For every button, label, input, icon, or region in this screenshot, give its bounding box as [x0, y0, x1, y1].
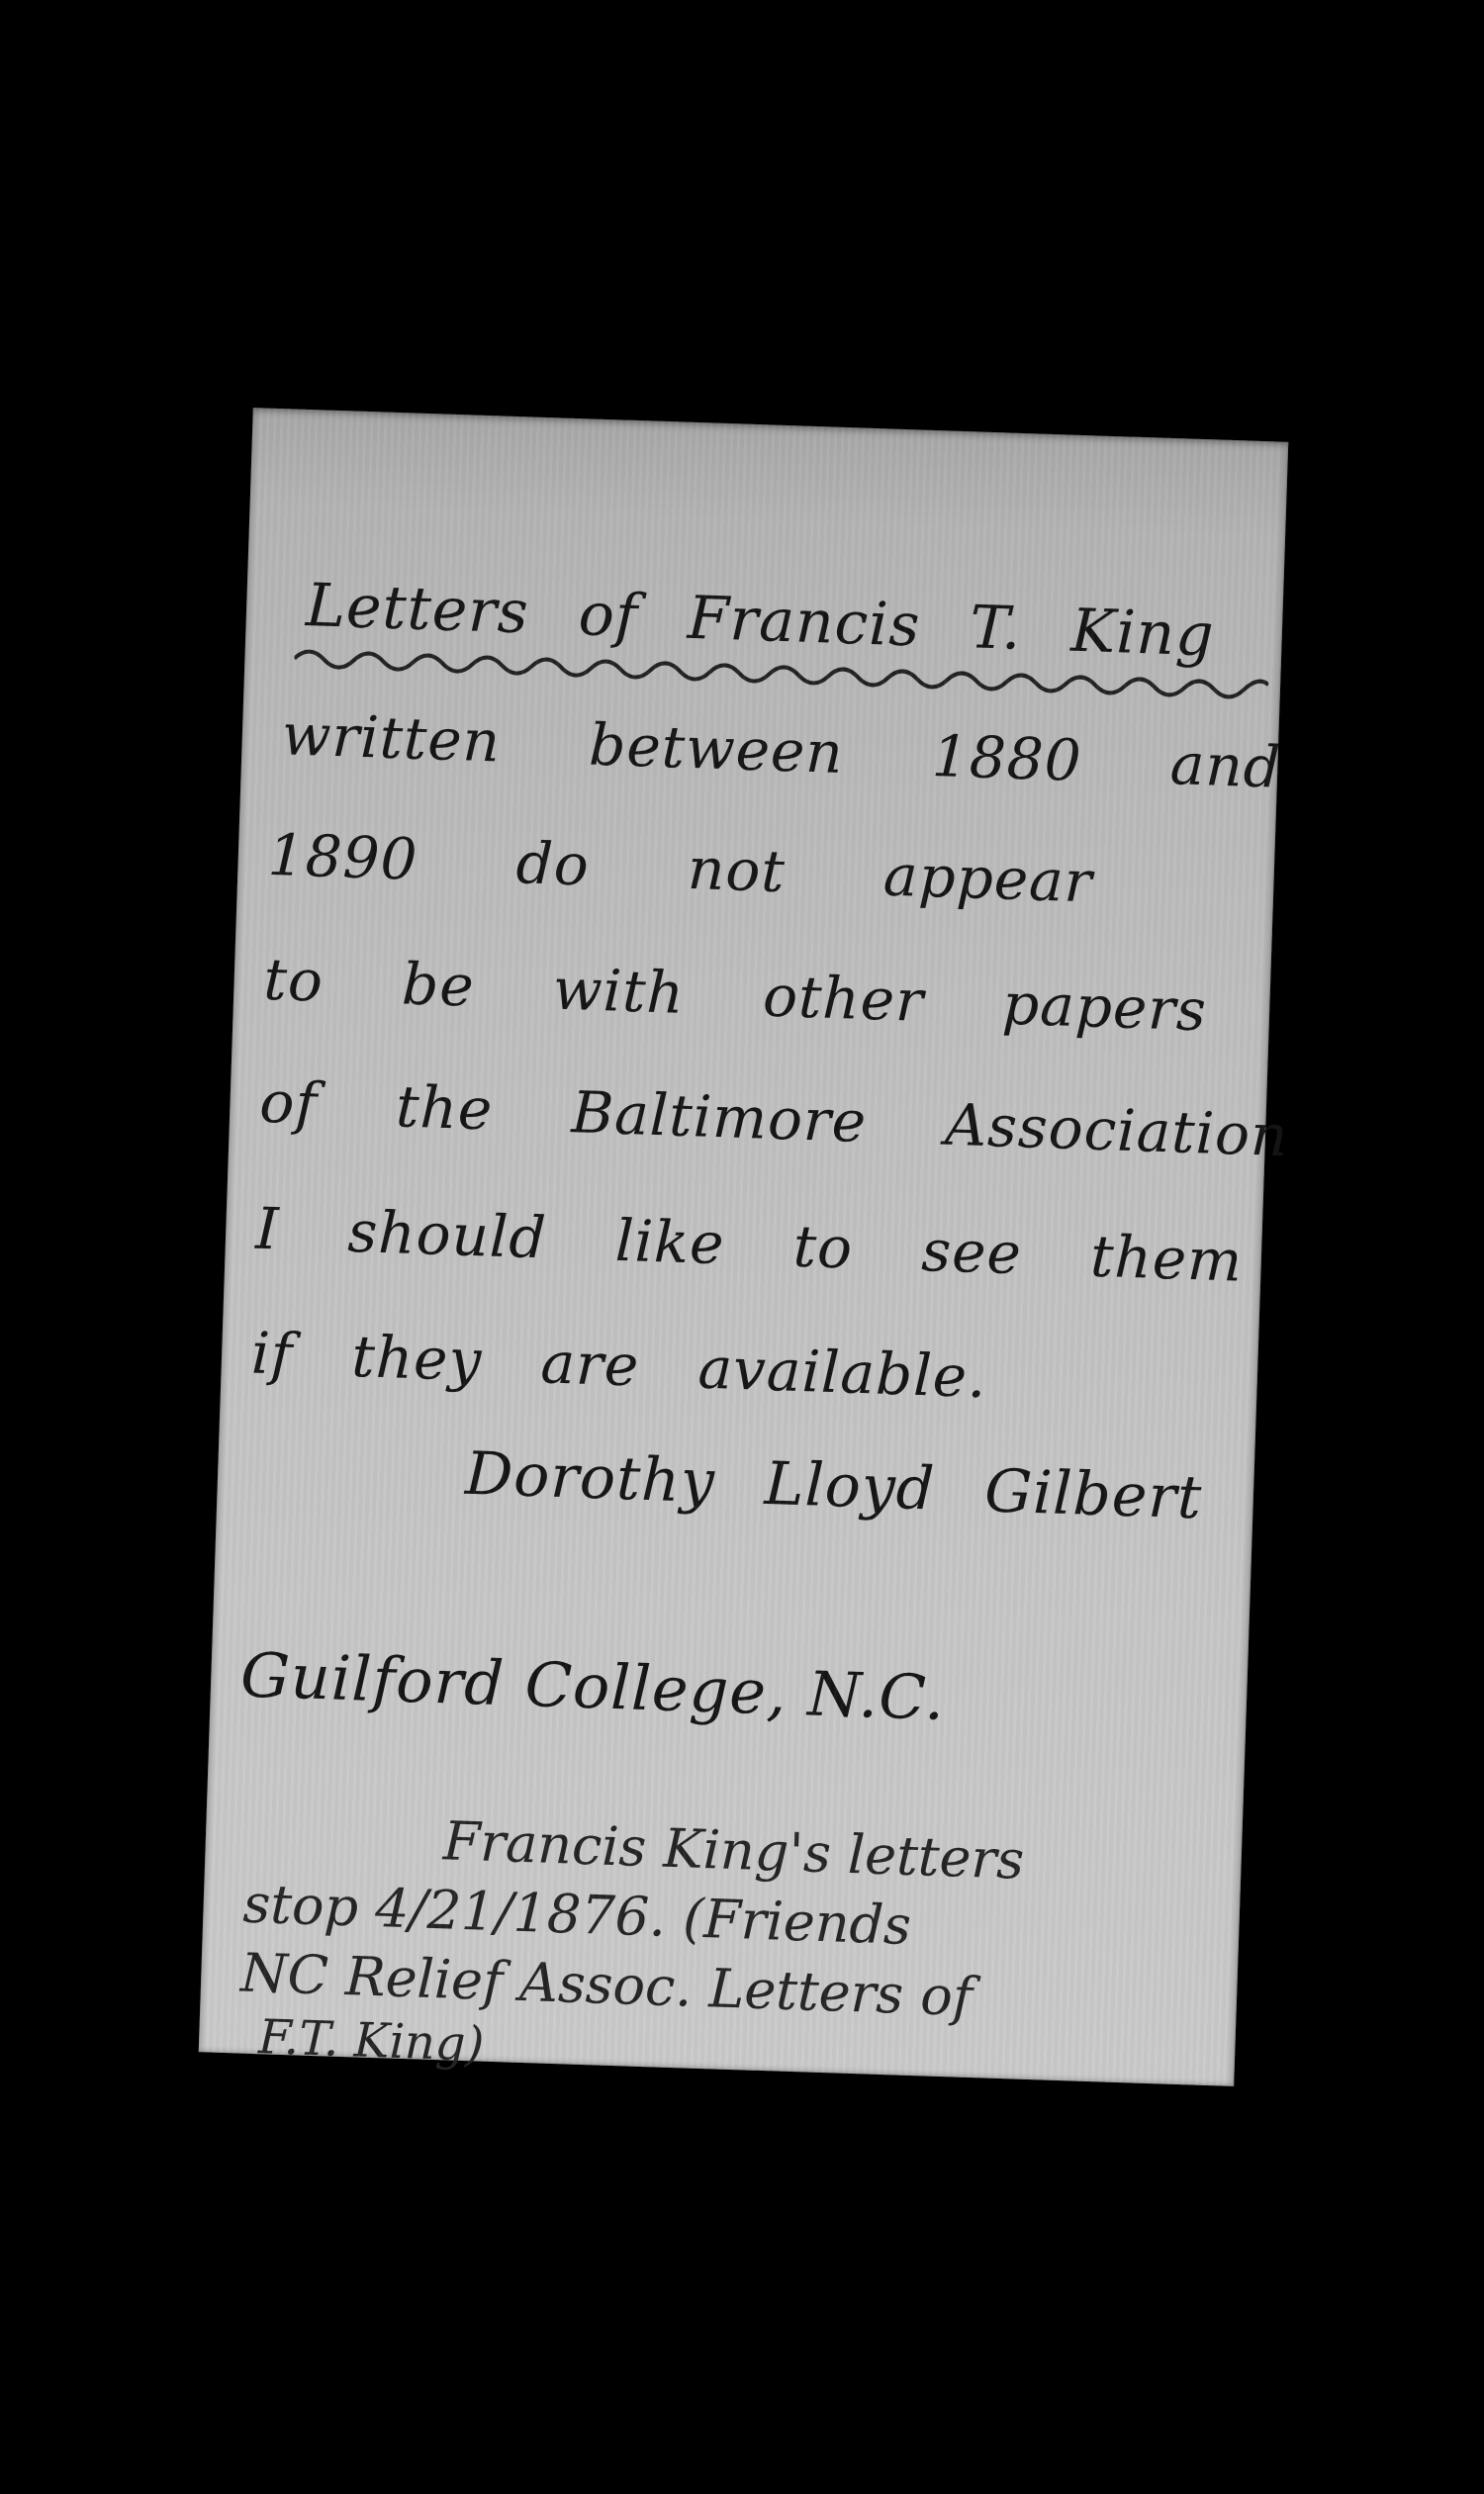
handwritten-card: Letters of Francis T. King written betwe… — [199, 408, 1289, 2086]
body-line-3: to be with other papers — [263, 951, 1208, 1040]
body-line-5: I should like to see them — [254, 1200, 1244, 1290]
body-line-6: if they are available. — [250, 1325, 987, 1407]
address: Guilford College, N.C. — [239, 1644, 946, 1729]
scan-background: Letters of Francis T. King written betwe… — [0, 0, 1484, 2494]
annotation-line-2: stop 4/21/1876. (Friends — [242, 1878, 912, 1953]
annotation-line-4: F.T. King) — [257, 2013, 485, 2069]
body-line-4: of the Baltimore Association — [259, 1073, 1290, 1164]
signature: Dorothy Lloyd Gilbert — [464, 1444, 1203, 1528]
body-line-2: 1890 do not appear — [267, 826, 1093, 911]
body-line-1: written between 1880 and — [281, 705, 1282, 795]
annotation-line-1: Francis King's letters — [442, 1814, 1025, 1887]
